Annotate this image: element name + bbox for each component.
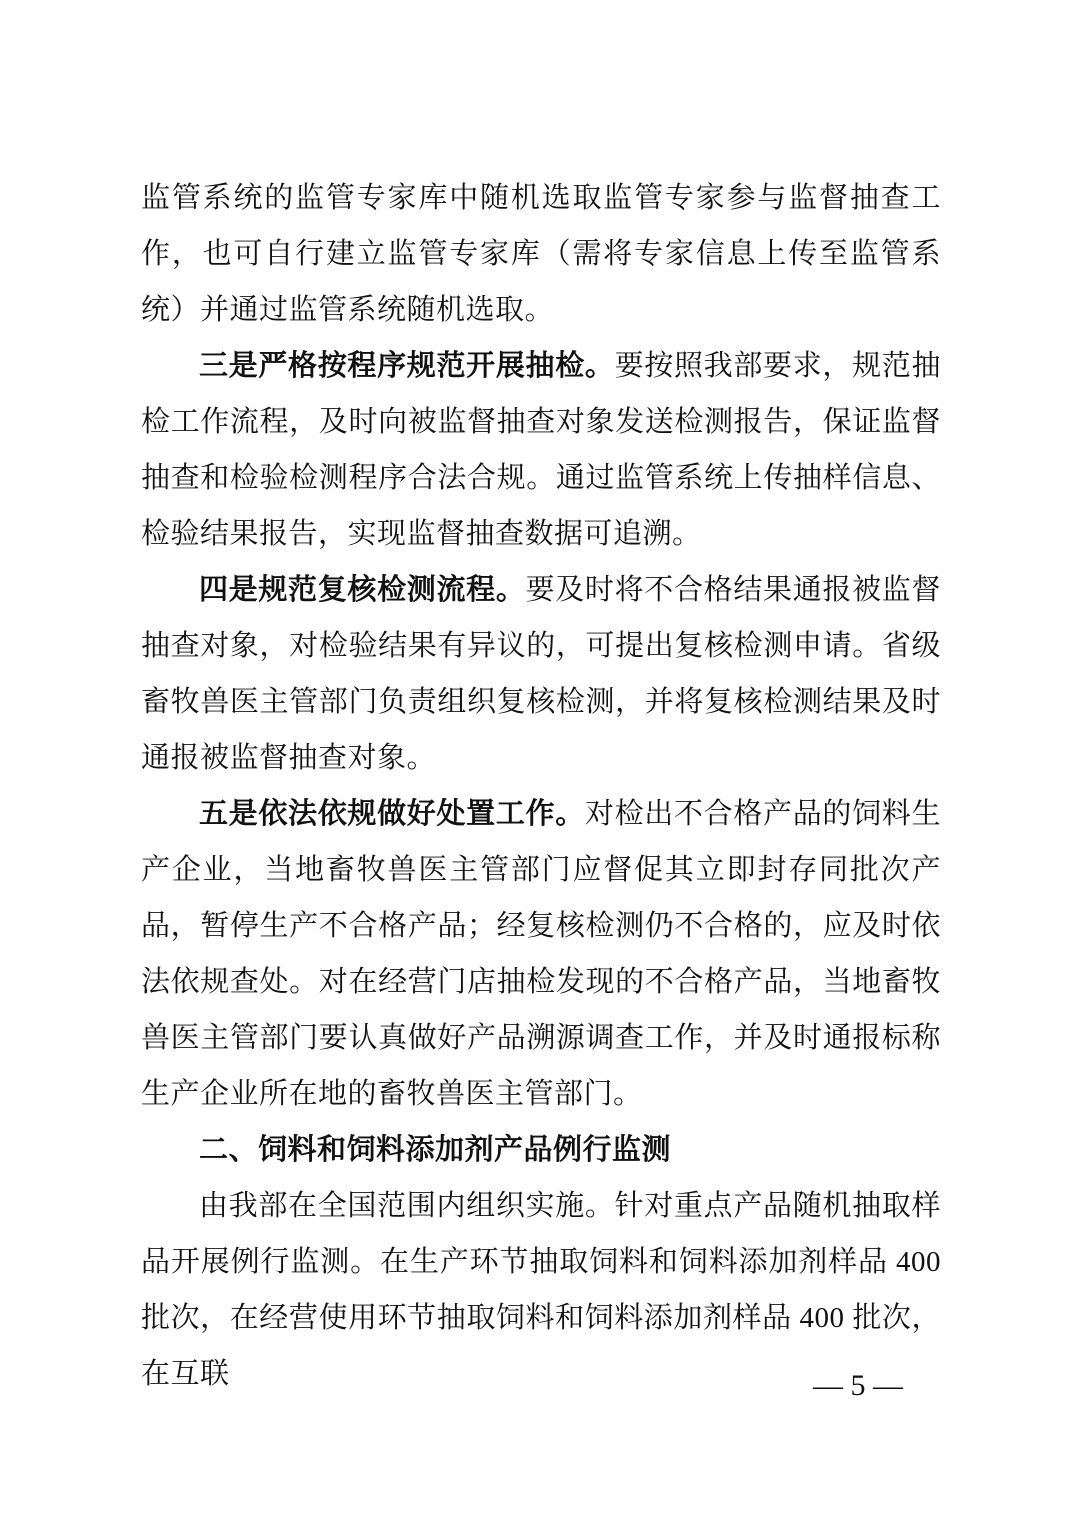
paragraph-point-5: 五是依法依规做好处置工作。对检出不合格产品的饲料生产企业，当地畜牧兽医主管部门应… xyxy=(141,786,941,1122)
document-body: 监管系统的监管专家库中随机选取监管专家参与监督抽查工作，也可自行建立监管专家库（… xyxy=(141,170,941,1402)
paragraph-point-4: 四是规范复核检测流程。要及时将不合格结果通报被监督抽查对象，对检验结果有异议的，… xyxy=(141,562,941,786)
document-page: 监管系统的监管专家库中随机选取监管专家参与监督抽查工作，也可自行建立监管专家库（… xyxy=(0,0,1080,1527)
paragraph-lead: 四是规范复核检测流程。 xyxy=(199,574,526,606)
paragraph-text: 对检出不合格产品的饲料生产企业，当地畜牧兽医主管部门应督促其立即封存同批次产品，… xyxy=(141,798,941,1110)
paragraph-text: 监管系统的监管专家库中随机选取监管专家参与监督抽查工作，也可自行建立监管专家库（… xyxy=(141,182,941,326)
page-number: — 5 — xyxy=(813,1368,903,1404)
paragraph-point-3: 三是严格按程序规范开展抽检。要按照我部要求，规范抽检工作流程，及时向被监督抽查对… xyxy=(141,338,941,562)
paragraph-text: 由我部在全国范围内组织实施。针对重点产品随机抽取样品开展例行监测。在生产环节抽取… xyxy=(141,1190,941,1390)
paragraph-lead: 五是依法依规做好处置工作。 xyxy=(199,798,585,830)
section-heading-routine-monitoring: 二、饲料和饲料添加剂产品例行监测 xyxy=(141,1122,941,1178)
paragraph-continuation: 监管系统的监管专家库中随机选取监管专家参与监督抽查工作，也可自行建立监管专家库（… xyxy=(141,170,941,338)
paragraph-lead: 三是严格按程序规范开展抽检。 xyxy=(199,350,615,382)
